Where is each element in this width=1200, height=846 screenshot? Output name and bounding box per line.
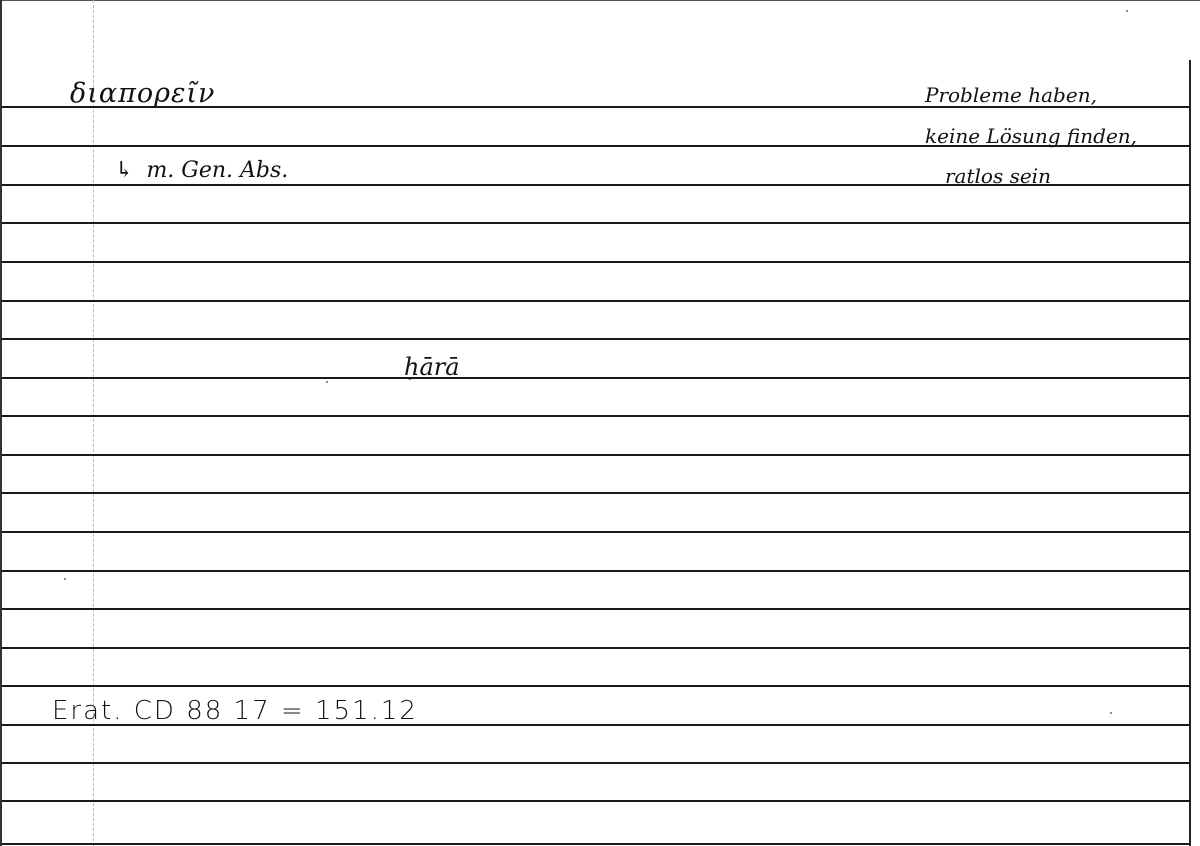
ruled-line	[2, 377, 1190, 379]
ruled-line	[2, 843, 1190, 845]
ruled-line	[2, 261, 1190, 263]
arrow-return-icon: ↳	[115, 158, 133, 183]
ruled-line	[2, 608, 1190, 610]
gloss-line-2: keine Lösung finden,	[925, 126, 1137, 146]
ruled-line	[2, 647, 1190, 649]
ruled-line	[2, 570, 1190, 572]
ruled-line	[2, 762, 1190, 764]
ruled-line	[2, 454, 1190, 456]
egyptian-term: ḥārā	[404, 355, 460, 379]
ruled-line	[2, 800, 1190, 802]
index-card: διαπορεῖν ↳ m. Gen. Abs. Probleme haben,…	[0, 0, 1200, 846]
scan-speck	[64, 578, 66, 580]
ruled-line	[2, 300, 1190, 302]
ruled-line	[2, 222, 1190, 224]
ruled-line	[2, 415, 1190, 417]
ruled-line	[2, 492, 1190, 494]
scan-speck	[1126, 10, 1128, 12]
source-citation: Erat. CD 88 17 = 151.12	[52, 698, 418, 724]
card-right-edge	[1189, 60, 1191, 846]
gloss-line-1: Probleme haben,	[925, 85, 1097, 105]
gloss-line-3: ratlos sein	[945, 166, 1051, 186]
scan-speck	[1110, 712, 1112, 714]
ruled-line	[2, 531, 1190, 533]
grammar-reference-text: m. Gen. Abs.	[146, 158, 288, 183]
card-top-edge	[0, 0, 1200, 1]
ruled-line	[2, 685, 1190, 687]
card-left-edge	[0, 0, 2, 846]
ruled-line	[2, 338, 1190, 340]
scan-speck	[326, 381, 328, 383]
headword-greek: διαπορεῖν	[70, 80, 215, 107]
grammar-reference: ↳ m. Gen. Abs.	[115, 160, 288, 182]
